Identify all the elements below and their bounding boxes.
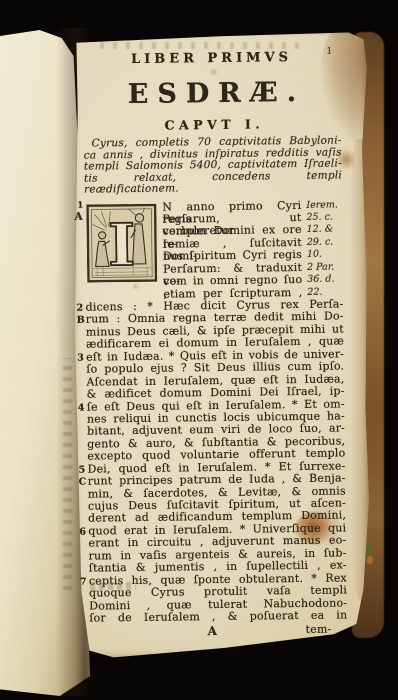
book-title: ESDRÆ. [83, 78, 341, 109]
marginal-note: 36. d. [302, 274, 343, 287]
signature-mark: A [207, 625, 217, 638]
verse-number: 6 [79, 526, 86, 539]
margin-section-letter: A [74, 210, 83, 223]
marginal-note: 29. c. [302, 236, 343, 249]
line-text: ſor de Ieruſalem , & poſuerat ea in [89, 608, 347, 624]
verse-number: B [77, 315, 85, 328]
marginal-note: 25. c. [301, 211, 342, 224]
catchword: tem- [306, 624, 332, 637]
marginal-note: 10. [302, 249, 343, 262]
chapter-heading: CAPVT I. [83, 116, 341, 133]
marginal-note: 2 Par. [302, 261, 343, 274]
verse-number: 2 [77, 303, 84, 316]
running-header: LIBER PRIMVS [82, 50, 340, 67]
opening-lines: N anno primo Cyri regisIerem.Perſarum, u… [160, 199, 343, 301]
body-text: 1 A [84, 199, 347, 642]
page-text: 1 LIBER PRIMVS ESDRÆ. CAPVT I. Cyrus, co… [82, 42, 347, 641]
page-number: 1 [326, 47, 332, 57]
book-photo: 1 LIBER PRIMVS ESDRÆ. CAPVT I. Cyrus, co… [0, 0, 398, 700]
verse-number: C [79, 477, 87, 490]
verse-number: 7 [80, 576, 87, 589]
edge-speck [367, 556, 373, 564]
marginal-note: Ierem. [301, 199, 342, 212]
page-footer: A tem- [89, 624, 347, 642]
argument-line: tis relaxat, concedens templi reædificat… [84, 170, 342, 196]
woodcut-initial-icon: I [86, 203, 157, 282]
verse-number: 5 [78, 464, 85, 477]
chapter-argument: Cyrus, completis 70 captivitatis Babylon… [84, 135, 343, 196]
verse-number: 3 [77, 352, 84, 365]
opening-verses: 1 A [84, 199, 343, 302]
verse-lines: 2dicens : * Hæc dicit Cyrus rex Perſa-Br… [85, 298, 347, 625]
verse-number: 4 [78, 402, 85, 415]
marginal-note: 12. & [302, 224, 343, 237]
svg-text:I: I [108, 210, 136, 278]
